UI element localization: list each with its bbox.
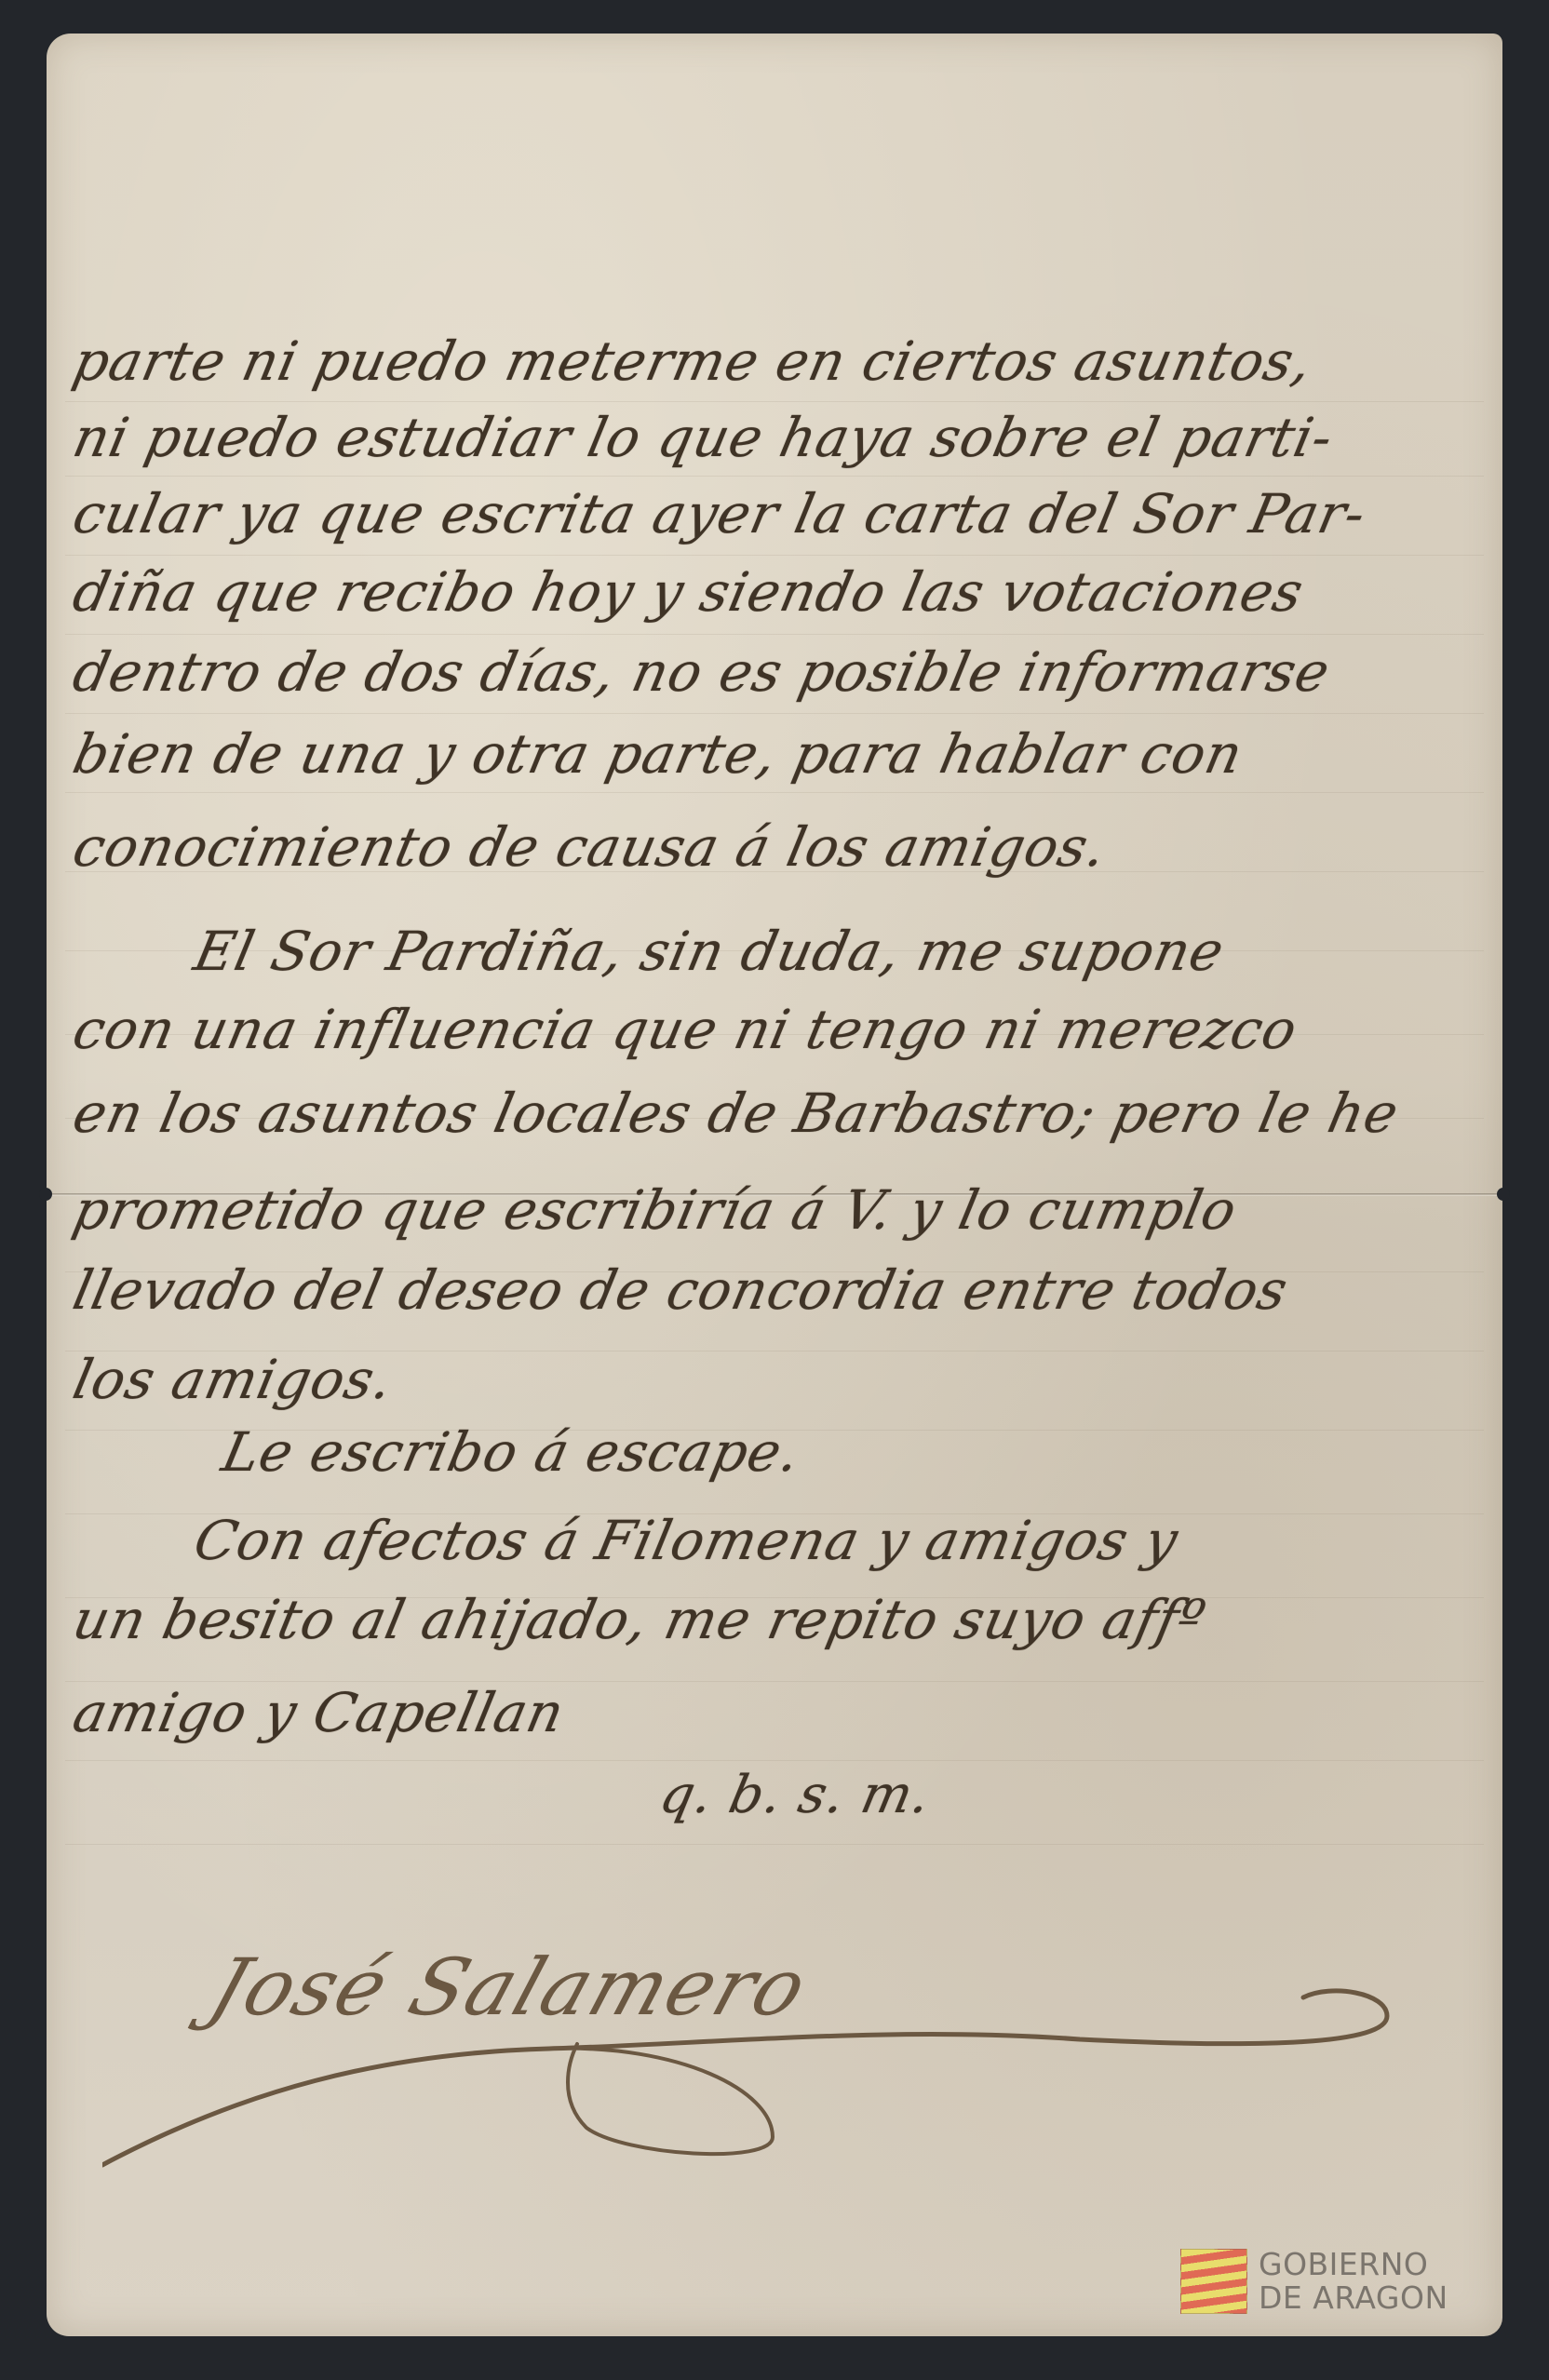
fold-notch <box>39 1188 52 1201</box>
letter-line-2: ni puedo estudiar lo que haya sobre el p… <box>68 406 1340 469</box>
letter-line-13: los amigos. <box>68 1348 399 1411</box>
letter-line-9: con una influencia que ni tengo ni merez… <box>68 998 1303 1061</box>
closing-formula: q. b. s. m. <box>654 1765 936 1825</box>
ruled-line <box>65 634 1484 635</box>
letter-page: parte ni puedo meterme en ciertos asunto… <box>47 34 1502 2336</box>
letter-line-10: en los asuntos locales de Barbastro; per… <box>68 1082 1405 1145</box>
ruled-line <box>65 476 1484 477</box>
ruled-line <box>65 555 1484 556</box>
ruled-line <box>65 1844 1484 1845</box>
letter-line-7: conocimiento de causa á los amigos. <box>68 815 1112 879</box>
watermark-line-1: GOBIERNO <box>1259 2248 1448 2281</box>
letter-line-8: El Sor Pardiña, sin duda, me supone <box>189 920 1231 983</box>
letter-line-12: llevado del deseo de concordia entre tod… <box>68 1258 1294 1322</box>
watermark-text: GOBIERNO DE ARAGON <box>1259 2248 1448 2315</box>
ruled-line <box>65 713 1484 714</box>
signature-flourish <box>102 1988 1452 2174</box>
ruled-line <box>65 1760 1484 1761</box>
letter-line-16: un besito al ahijado, me repito suyo aff… <box>68 1588 1212 1651</box>
ruled-line <box>65 401 1484 402</box>
letter-line-17: amigo y Capellan <box>68 1681 571 1744</box>
ruled-line <box>65 792 1484 793</box>
letter-line-3: cular ya que escrita ayer la carta del S… <box>68 482 1372 545</box>
letter-line-6: bien de una y otra parte, para hablar co… <box>68 722 1249 786</box>
watermark-line-2: DE ARAGON <box>1259 2281 1448 2315</box>
letter-line-4: diña que recibo hoy y siendo las votacio… <box>68 560 1310 624</box>
letter-line-11: prometido que escribiría á V. y lo cumpl… <box>68 1178 1243 1242</box>
letter-line-5: dentro de dos días, no es posible inform… <box>68 640 1336 704</box>
fold-notch <box>1497 1188 1510 1201</box>
letter-line-1: parte ni puedo meterme en ciertos asunto… <box>68 329 1318 393</box>
letter-line-14: Le escribo á escape. <box>217 1420 806 1484</box>
gobierno-de-aragon-watermark: GOBIERNO DE ARAGON <box>1180 2248 1448 2315</box>
aragon-flag-icon <box>1180 2249 1247 2314</box>
letter-line-15: Con afectos á Filomena y amigos y <box>189 1509 1184 1572</box>
